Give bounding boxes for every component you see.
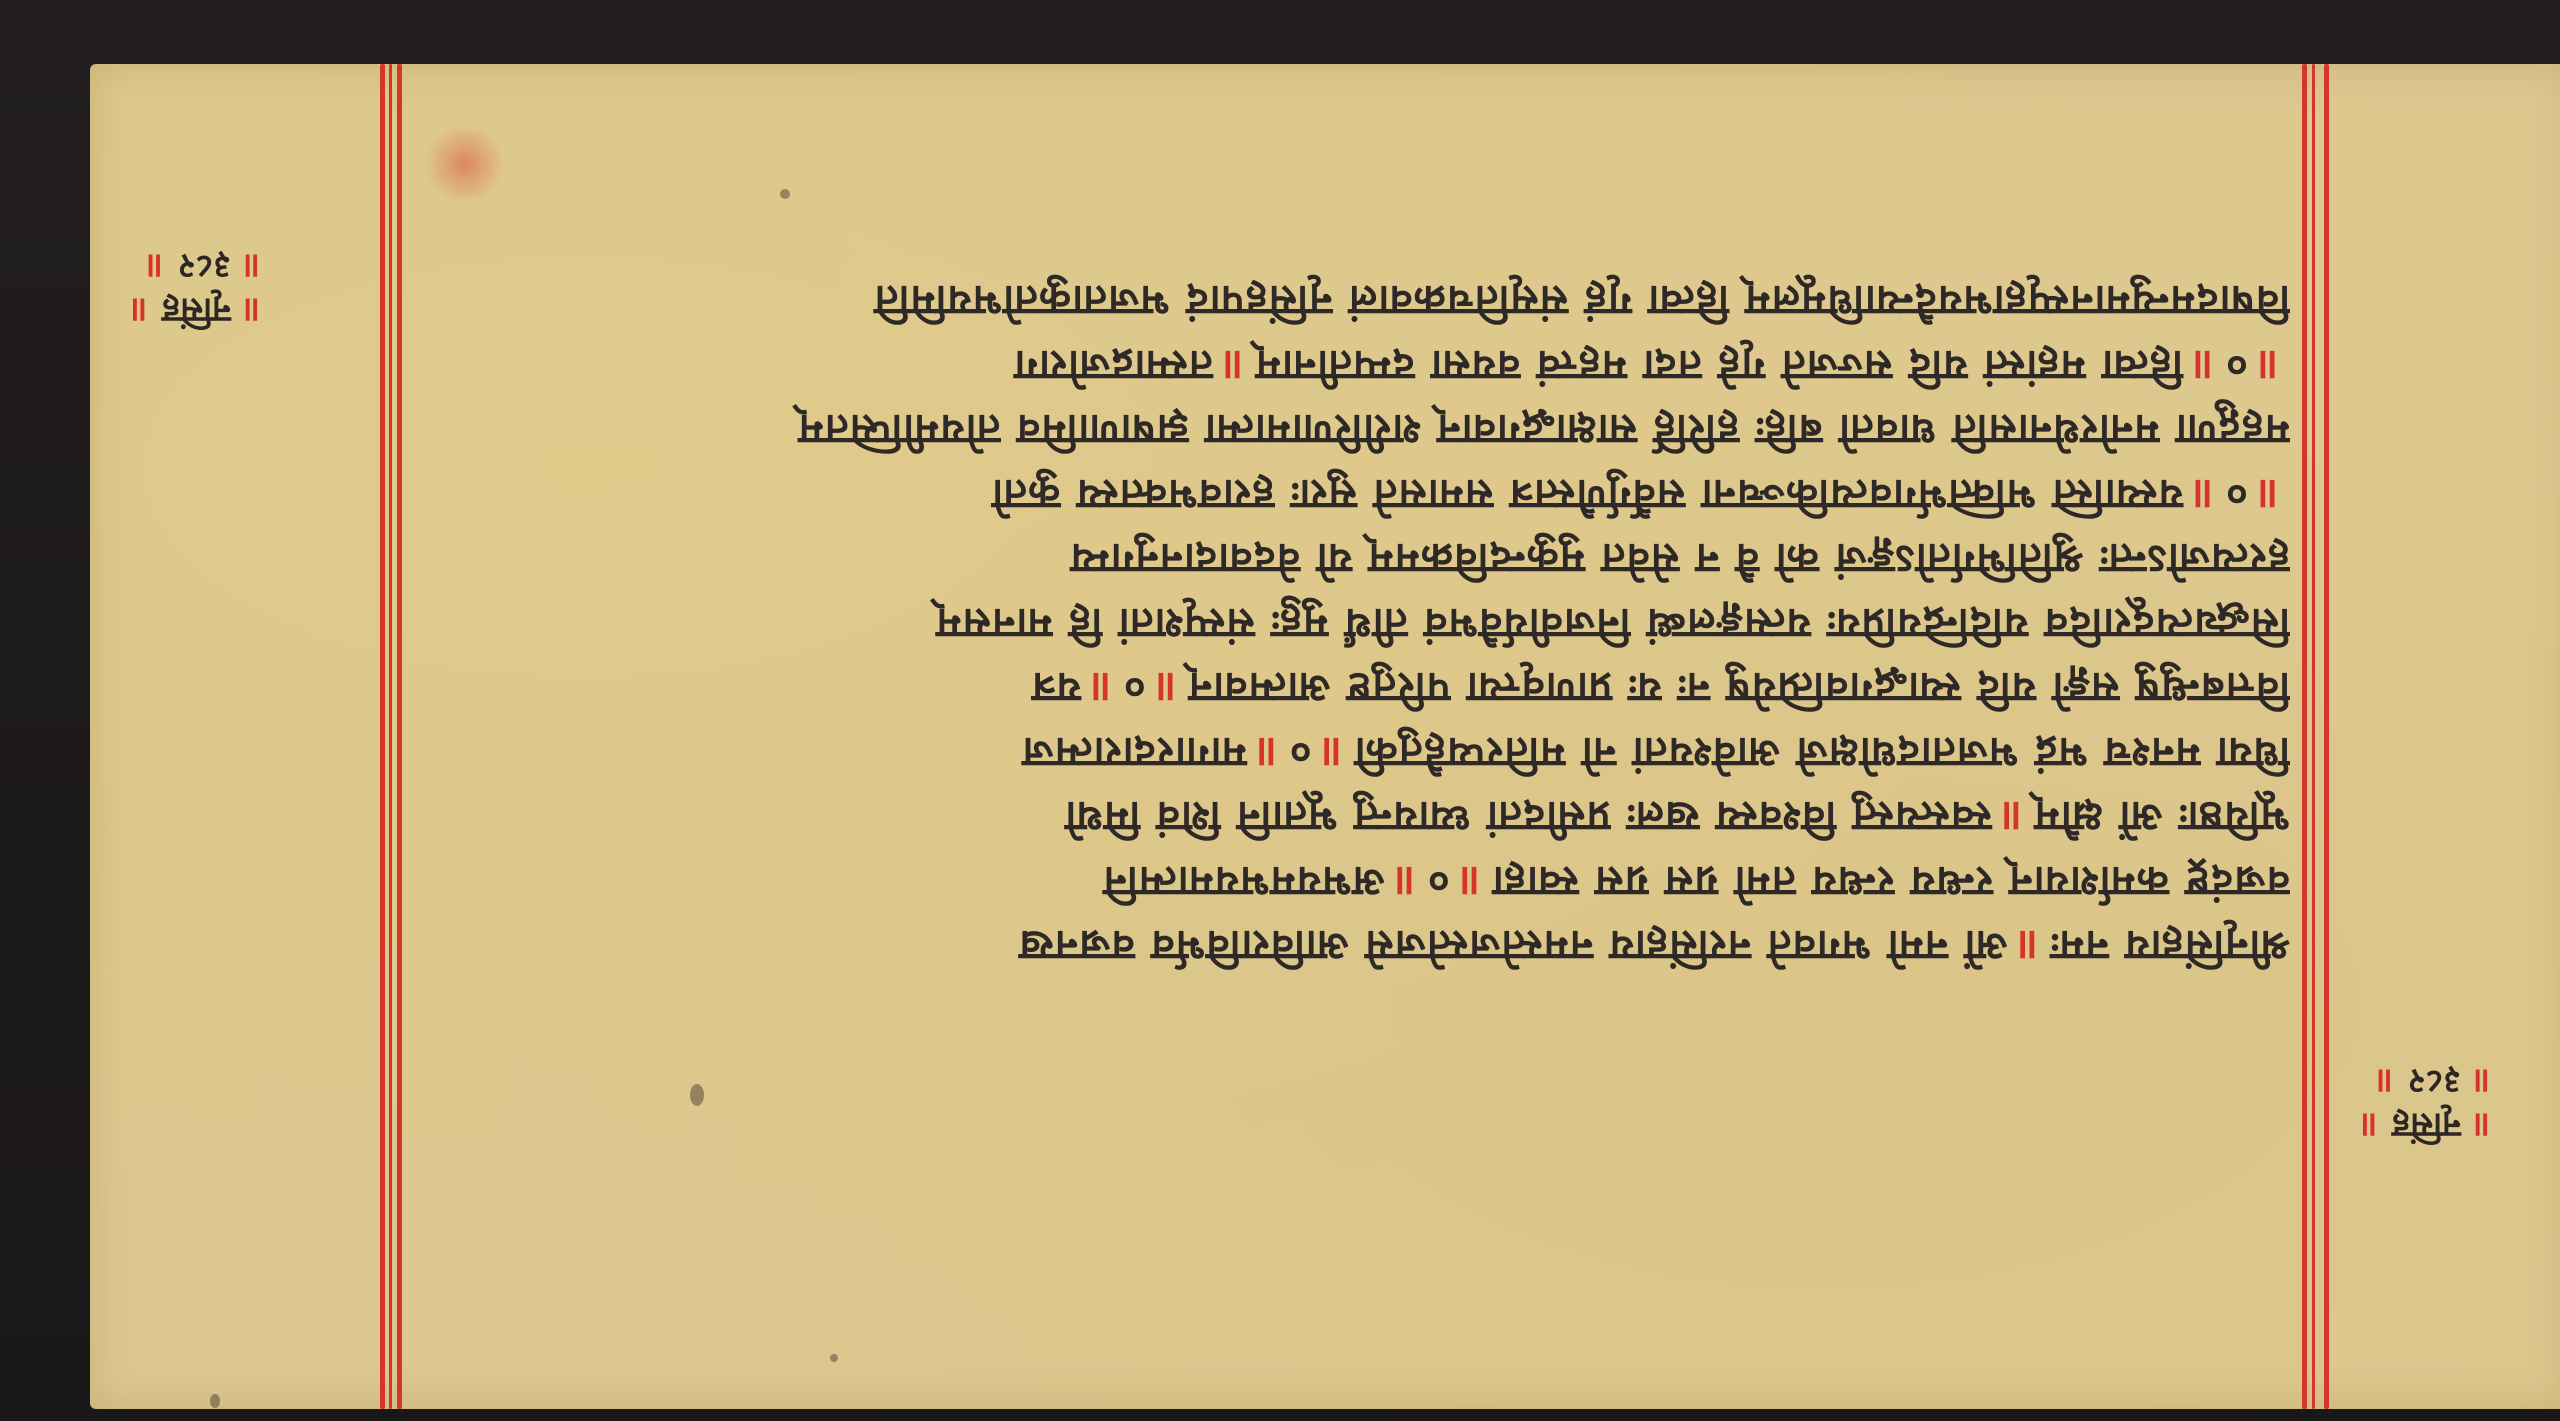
paper-blemish [690, 1084, 704, 1106]
danda-mark: ॥ [1089, 661, 1115, 718]
danda-mark: ॥ [2256, 467, 2282, 524]
red-ink-stain [420, 129, 510, 199]
paper-blemish [780, 189, 790, 199]
danda-mark: ॥ [2473, 1061, 2493, 1101]
text-line: धिया मनश्च भद्रं भजतादधोक्षजे आवेश्यतां … [390, 722, 2290, 787]
right-folio-number: ॥ ३८२ ॥ [2360, 1059, 2493, 1103]
text-line: महद्गुणा मनोरथेनासति धावतो बहिः हरिर्हि … [390, 399, 2290, 464]
left-margin-note: ॥ नृसिंह ॥ ॥ ३८२ ॥ [130, 244, 263, 332]
danda-mark: ॥ [1221, 338, 1247, 395]
border-rule [2312, 64, 2315, 1409]
left-folio-label: ॥ नृसिंह ॥ [130, 288, 263, 332]
text-line: हरत्यजोऽन्तः श्रुतिभिर्गतोऽङ्गजं को वै न… [390, 528, 2290, 593]
danda-mark: ॥ [2191, 467, 2217, 524]
danda-mark: ॥ [1154, 661, 1180, 718]
danda-mark: ॥ [146, 246, 166, 286]
manuscript-text-block: विषादमन्युमानस्पृहाभयदैन्याधिमूलम् हित्व… [390, 270, 2290, 980]
danda-mark: ॥ [1393, 854, 1419, 911]
danda-mark: ॥ [2376, 1061, 2396, 1101]
text-line: वज्रदंष्ट्र कर्माशयान् रन्धय रन्धय तमो ग… [390, 851, 2290, 916]
paper-blemish [210, 1394, 220, 1408]
danda-mark: ॥ [130, 290, 150, 330]
border-rule [380, 64, 385, 1409]
danda-mark: ॥ [1458, 854, 1484, 911]
danda-mark: ॥ [2016, 919, 2042, 976]
danda-mark: ॥ [2000, 790, 2026, 847]
danda-mark: ॥ [1320, 725, 1346, 782]
danda-mark: ॥ [243, 290, 263, 330]
text-line: श्रीनृसिंहाय नमः ॥ ओं नमो भगवते नरसिंहाय… [390, 915, 2290, 980]
right-margin-note: ॥ नृसिंह ॥ ॥ ३८२ ॥ [2360, 1059, 2493, 1147]
danda-mark: ॥ [2473, 1105, 2493, 1145]
border-rule [2324, 64, 2329, 1409]
danda-mark: ॥ [2256, 338, 2282, 395]
danda-mark: ॥ [2360, 1105, 2380, 1145]
danda-mark: ॥ [1255, 725, 1281, 782]
right-border-rules [2302, 64, 2342, 1409]
danda-mark: ॥ [243, 246, 263, 286]
text-line: ॥ ० ॥ हित्वा महांस्तं यदि सज्जते गृहे तद… [390, 335, 2290, 400]
text-line: सिद्ध्यत्यदूरादिव यदिन्द्रियप्रियः यत्सङ… [390, 593, 2290, 658]
paper-blemish [830, 1354, 838, 1362]
left-folio-number: ॥ ३८२ ॥ [130, 244, 263, 288]
text-line: वित्तबन्धुषु सङ्गो यदि स्याद्भगवत्प्रिये… [390, 657, 2290, 722]
danda-mark: ॥ [2191, 338, 2217, 395]
text-line: विषादमन्युमानस्पृहाभयदैन्याधिमूलम् हित्व… [390, 270, 2290, 335]
text-line: ॥ ० ॥ यस्यास्ति भक्तिर्भगवत्यकिञ्चना सर्… [390, 464, 2290, 529]
text-line: भूयिष्ठाः ओं क्ष्रौम् ॥ स्वस्त्यस्तु विश… [390, 786, 2290, 851]
border-rule [2302, 64, 2307, 1409]
right-folio-label: ॥ नृसिंह ॥ [2360, 1103, 2493, 1147]
